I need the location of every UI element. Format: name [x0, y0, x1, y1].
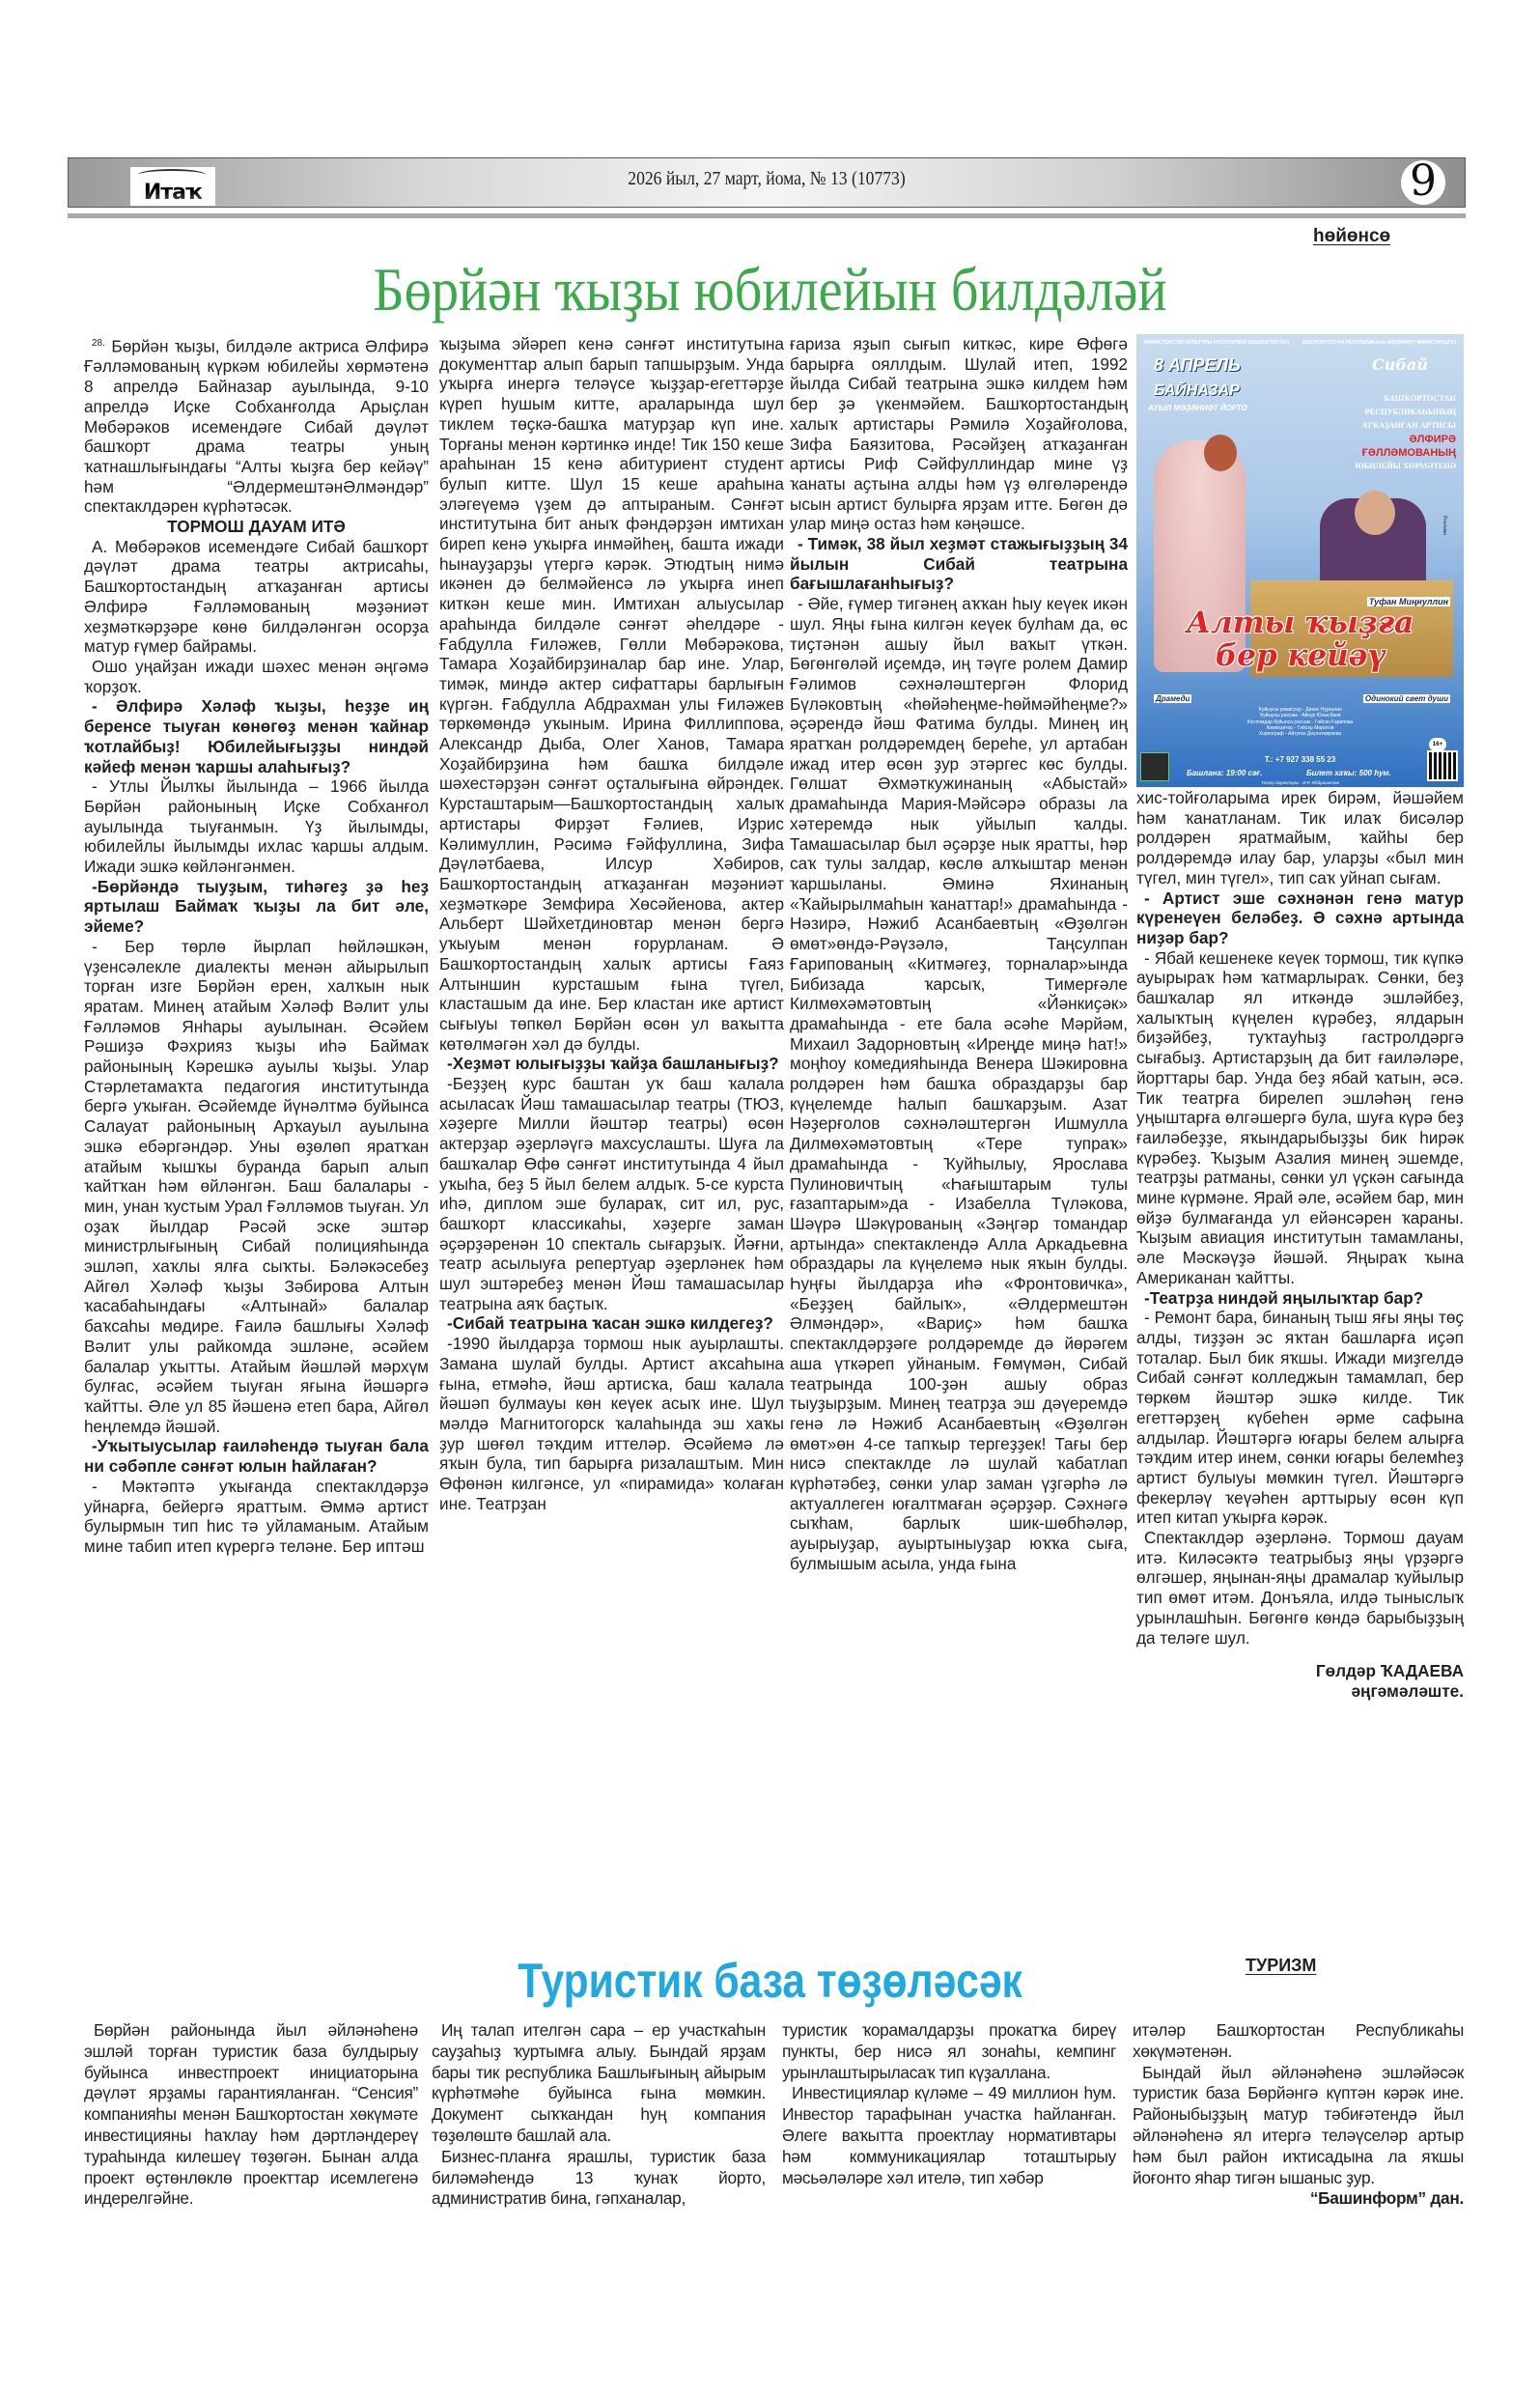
article1-column-2: ҡыҙыма эйәреп кенә сәнғәт институтына до…	[439, 334, 784, 1513]
paragraph-continued: ҡыҙыма эйәреп кенә сәнғәт институтына до…	[439, 334, 784, 1054]
article2-column-3: туристик ҡорамалдарҙы прокатҡа биреү пун…	[782, 2020, 1116, 2188]
poster-ad-mark: Реклама	[1442, 516, 1447, 535]
article2-column-4: итәләр Башҡортостан Республикаһы хөкүмәт…	[1133, 2020, 1464, 2210]
poster-venue: АУЫЛ МӘҘӘНИӘТ ЙОРТО	[1148, 404, 1247, 412]
poster-ministry-line: МИНИСТЕРСТВО КУЛЬТУРЫ РЕСПУБЛИКИ БАШКОРТ…	[1144, 340, 1456, 346]
interview-question: -Театрҙа ниндәй яңылыҡтар бар?	[1136, 1288, 1464, 1309]
sibay-theatre-logo: Сибай	[1348, 355, 1452, 388]
interview-answer: -1990 йылдарҙа тормош нык ауырлашты. Зам…	[439, 1334, 784, 1513]
interview-answer: - Ремонт бара, бинаның тыш яғы яңы төҫ а…	[1136, 1308, 1464, 1528]
article1-column-1: 28. Бөрйән ҡыҙы, билдәле актриса Әлфирә …	[84, 334, 429, 1557]
paragraph-continued: туристик ҡорамалдарҙы прокатҡа биреү пун…	[782, 2020, 1116, 2083]
poster-play-title: Алты ҡыҙға бер кейәү	[1146, 606, 1454, 672]
qr-code-icon	[1427, 750, 1458, 781]
article1-column-3: ғариза яҙып сығып киткәс, кире Өфөгә бар…	[790, 334, 1128, 1574]
poster-director: Театр директоры - И.Р. Әбдрәшитов	[1136, 780, 1464, 785]
paragraph: Бизнес-планға ярашлы, туристик база билә…	[432, 2147, 766, 2210]
article2-column-2: Иң талап ителгән сара – ер участкаһын са…	[432, 2020, 766, 2210]
issue-date-line: 2026 йыл, 27 март, йома, № 13 (10773)	[153, 168, 1381, 190]
article1-headline: Бөрйән ҡыҙы юбилейын билдәләй	[93, 253, 1448, 326]
paragraph: Бындай йыл әйләнәһенә эшләйәсәк туристик…	[1133, 2063, 1464, 2189]
paragraph: Иң талап ителгән сара – ер участкаһын са…	[432, 2020, 766, 2147]
paragraph: Ошо уңайҙан ижади шәхес менән әңгәмә ҡор…	[84, 657, 429, 696]
interview-answer: - Мәктәптә уҡығанда спектаклдәрҙә уйнарғ…	[84, 1477, 429, 1557]
paragraph: Инвестициялар күләме – 49 миллион һум. И…	[782, 2083, 1116, 2188]
poster-place: БАЙНАЗАР	[1154, 382, 1240, 400]
interview-answer: - Ябай кешенеке кеүек тормош, тик күпкә …	[1136, 948, 1464, 1288]
pushkin-card-icon	[1140, 752, 1169, 781]
subheading: ТОРМОШ ДАУАМ ИТӘ	[84, 517, 429, 537]
article1-column-4: хис-тойғоларыма ирек бирәм, йәшәйем һәм …	[1136, 788, 1464, 1702]
poster-phone: Т.: +7 927 338 55 23	[1136, 755, 1464, 764]
page-number: 9	[1401, 160, 1445, 205]
source-credit: “Башинформ” дан.	[1133, 2188, 1464, 2210]
interview-question: -Уҡытыусылар ғаиләһендә тыуған бала ни с…	[84, 1436, 429, 1476]
article1-rubric: һөйөнсө	[1313, 226, 1390, 247]
poster-start-time: Башлана: 19:00 сәғ.	[1187, 769, 1262, 777]
interview-answer: - Бер төрлө йырлап һөйләшкән, үҙенсәлекл…	[84, 937, 429, 1437]
interview-question: -Бөрйәндә тыуҙым, тиһәгеҙ ҙә һеҙ яртылаш…	[84, 877, 429, 937]
poster-credits: Ҡуйыусы режиссер - Денис Нурғалин Ҡуйыус…	[1204, 707, 1396, 737]
lead-paragraph: 28. Бөрйән ҡыҙы, билдәле актриса Әлфирә …	[84, 334, 429, 517]
poster-genre: Драмеди	[1154, 694, 1191, 703]
interview-question: -Хеҙмәт юлығыҙҙы ҡайҙа башланығыҙ?	[439, 1054, 784, 1074]
paragraph-continued: хис-тойғоларыма ирек бирәм, йәшәйем һәм …	[1136, 788, 1464, 888]
author-role: әңгәмәләште.	[1136, 1681, 1464, 1702]
article2-column-1: Бөрйән районында йыл әйләнәһенә эшләй то…	[84, 2020, 418, 2210]
theatre-poster-image: МИНИСТЕРСТВО КУЛЬТУРЫ РЕСПУБЛИКИ БАШКОРТ…	[1136, 334, 1464, 787]
poster-honor-block: БАШҠОРТОСТАН РЕСПУБЛИКАҺЫНЫҢ АТҠАҘАНҒАН …	[1292, 392, 1456, 473]
age-rating-badge: 16+	[1429, 738, 1446, 751]
masthead-rule	[68, 213, 1466, 218]
interview-question: - Артист эше сәхнәнән генә матур күренеү…	[1136, 888, 1464, 948]
poster-subtitle: Одинокий свет души	[1363, 694, 1450, 703]
article2-headline: Туристик база төҙөләсәк	[116, 1952, 1425, 2010]
masthead-bar: Итаҡ 2026 йыл, 27 март, йома, № 13 (1077…	[68, 157, 1466, 208]
paragraph: Бөрйән районында йыл әйләнәһенә эшләй то…	[84, 2020, 418, 2210]
lead-marker: 28.	[92, 338, 105, 349]
paragraph-continued: итәләр Башҡортостан Республикаһы хөкүмәт…	[1133, 2020, 1464, 2063]
poster-ticket-price: Билет хаҡы: 500 һум.	[1306, 769, 1391, 777]
paragraph-continued: ғариза яҙып сығып киткәс, кире Өфөгә бар…	[790, 334, 1128, 534]
paragraph: А. Мөбәрәков исемендәге Сибай башҡорт дә…	[84, 537, 429, 657]
poster-date: 8 АПРЕЛЬ	[1154, 355, 1241, 376]
paragraph: Спектаклдәр әҙерләнә. Тормош дауам итә. …	[1136, 1528, 1464, 1648]
interview-question: - Тимәк, 38 йыл хеҙмәт стажығыҙҙың 34 йы…	[790, 534, 1128, 594]
actor-head	[1355, 491, 1395, 535]
interview-answer: -Беҙҙең курс баштан уҡ баш ҡалала асылас…	[439, 1074, 784, 1313]
interview-question: - Әлфирә Хәләф ҡыҙы, һеҙҙе иң беренсе ты…	[84, 696, 429, 776]
interview-answer: - Утлы Йылҡы йылында – 1966 йылда Бөрйән…	[84, 776, 429, 877]
interview-question: -Сибай театрына ҡасан эшкә килдегеҙ?	[439, 1313, 784, 1334]
actress-head	[1204, 435, 1237, 471]
author-signature: Гөлдәр ҠАДАЕВА	[1136, 1661, 1464, 1681]
interview-answer: - Әйе, ғүмер тигәнең аҡҡан һыу кеүек икә…	[790, 594, 1128, 1573]
